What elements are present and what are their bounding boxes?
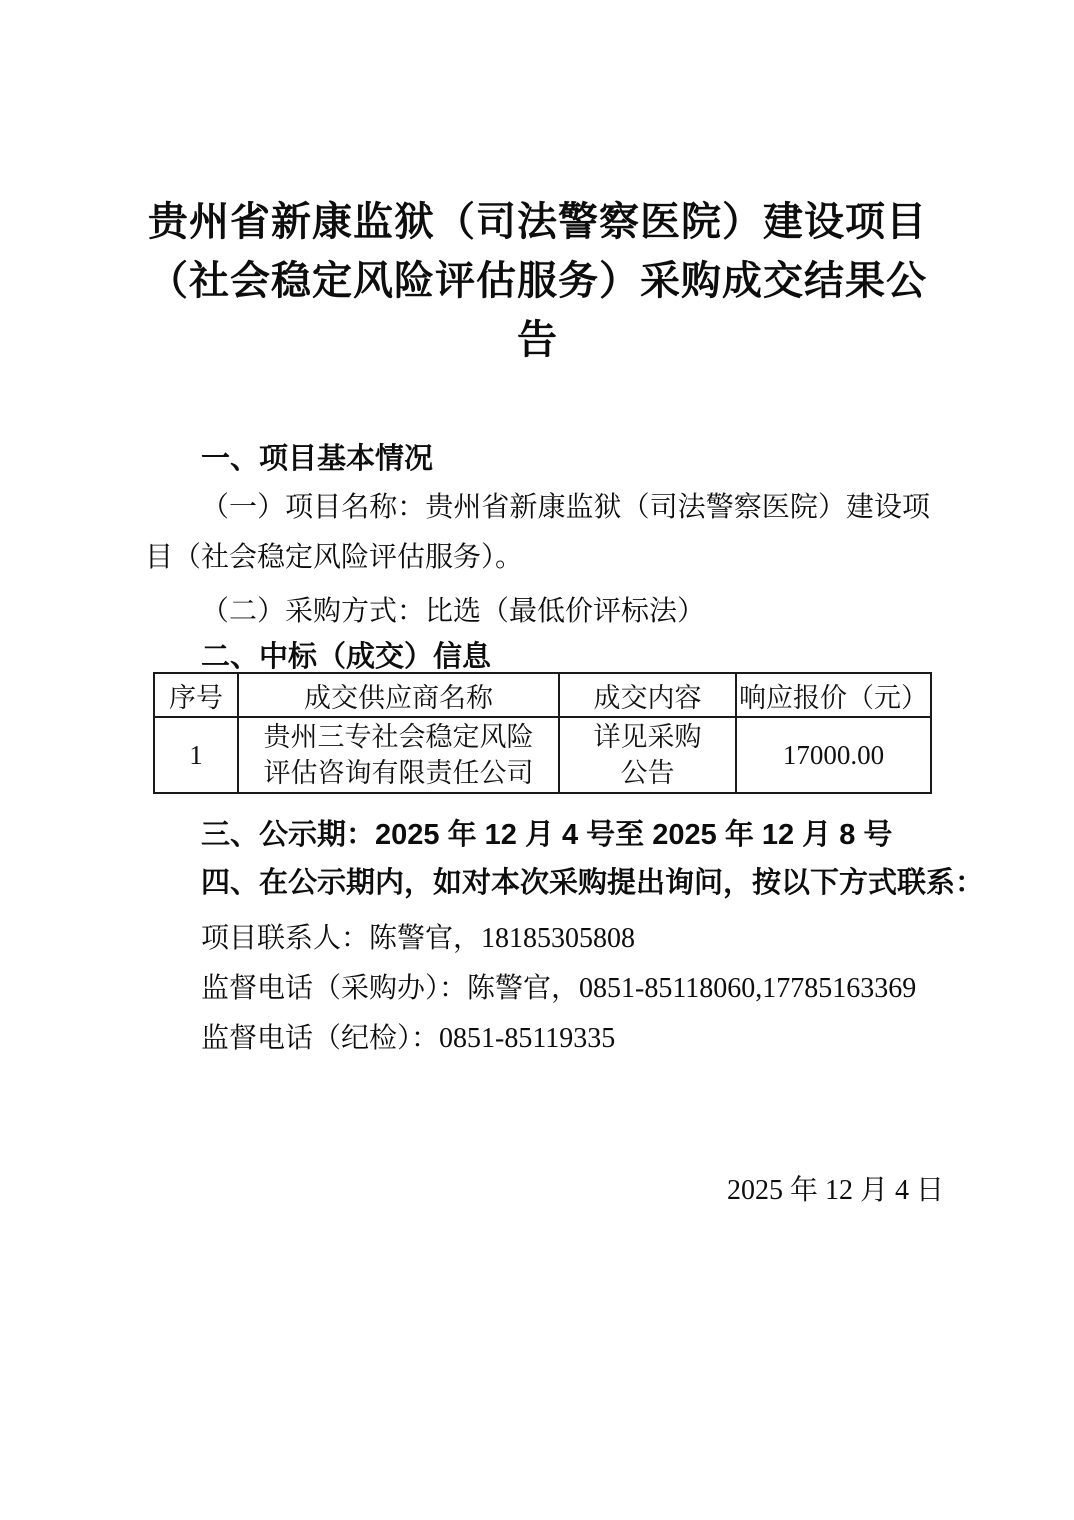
contact-supervision-discipline: 监督电话（纪检）：0851-85119335 bbox=[145, 1014, 930, 1064]
col-header-response-price: 响应报价（元） bbox=[736, 673, 931, 717]
supplier-name-text: 贵州三专社会稳定风险评估咨询有限责任公司 bbox=[257, 719, 541, 791]
col-header-seq-no: 序号 bbox=[154, 673, 238, 717]
section2-heading: 二、中标（成交）信息 bbox=[145, 637, 930, 677]
document-date: 2025 年 12 月 4 日 bbox=[145, 1166, 944, 1216]
procurement-method-paragraph: （二）采购方式：比选（最低价评标法） bbox=[145, 587, 930, 637]
section1-heading: 一、项目基本情况 bbox=[145, 437, 930, 481]
document-page: 贵州省新康监狱（司法警察医院）建设项目 （社会稳定风险评估服务）采购成交结果公告… bbox=[0, 0, 1074, 1520]
col-header-supplier-name: 成交供应商名称 bbox=[238, 673, 559, 717]
contact-supervision-procurement: 监督电话（采购办）：陈警官，0851-85118060,17785163369 bbox=[145, 964, 930, 1014]
cell-supplier-name: 贵州三专社会稳定风险评估咨询有限责任公司 bbox=[238, 717, 559, 793]
table-header-row: 序号 成交供应商名称 成交内容 响应报价（元） bbox=[154, 673, 931, 717]
title-line-2: （社会稳定风险评估服务）采购成交结果公告 bbox=[145, 252, 930, 370]
col-header-award-content: 成交内容 bbox=[559, 673, 736, 717]
cell-response-price: 17000.00 bbox=[736, 717, 931, 793]
title-line-1: 贵州省新康监狱（司法警察医院）建设项目 bbox=[145, 193, 930, 252]
contact-project-person: 项目联系人：陈警官，18185305808 bbox=[145, 914, 930, 964]
cell-award-content: 详见采购公告 bbox=[559, 717, 736, 793]
table-row: 1 贵州三专社会稳定风险评估咨询有限责任公司 详见采购公告 17000.00 bbox=[154, 717, 931, 793]
project-name-paragraph: （一）项目名称：贵州省新康监狱（司法警察医院）建设项目（社会稳定风险评估服务）。 bbox=[145, 483, 930, 583]
award-info-table: 序号 成交供应商名称 成交内容 响应报价（元） 1 贵州三专社会稳定风险评估咨询… bbox=[153, 672, 932, 794]
award-content-text: 详见采购公告 bbox=[585, 719, 709, 791]
section3-heading: 三、公示期：2025 年 12 月 4 号至 2025 年 12 月 8 号 bbox=[145, 813, 930, 857]
section4-heading: 四、在公示期内，如对本次采购提出询问，按以下方式联系： bbox=[145, 861, 930, 905]
document-title: 贵州省新康监狱（司法警察医院）建设项目 （社会稳定风险评估服务）采购成交结果公告 bbox=[145, 193, 930, 370]
cell-seq-no: 1 bbox=[154, 717, 238, 793]
